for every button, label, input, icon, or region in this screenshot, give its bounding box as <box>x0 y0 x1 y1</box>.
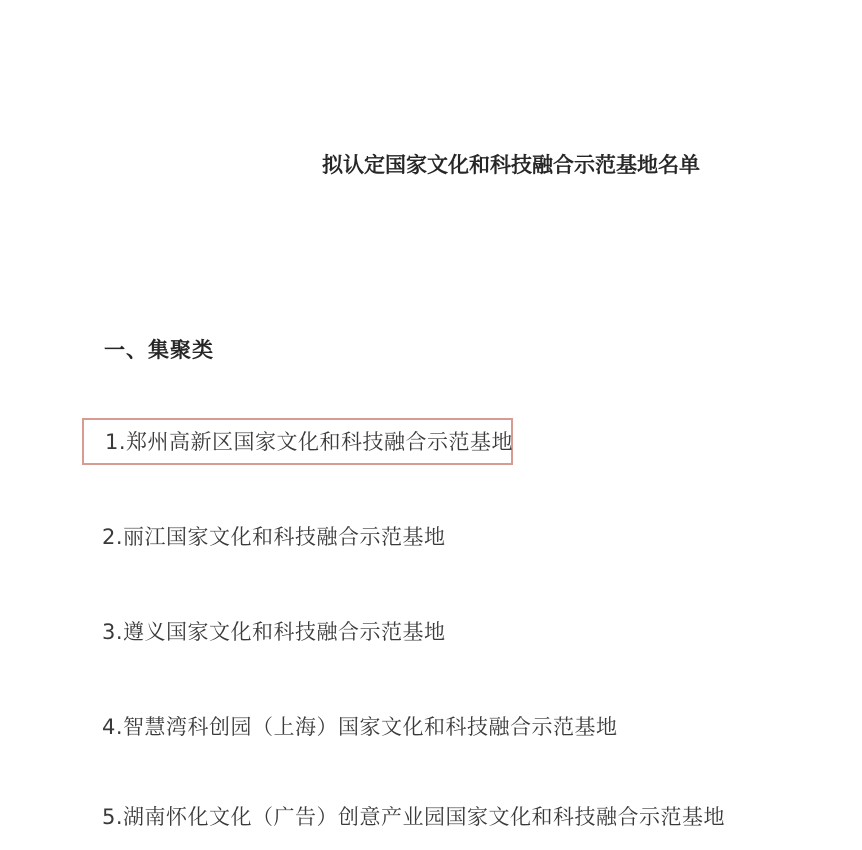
list-item-1: 1.郑州高新区国家文化和科技融合示范基地 <box>105 429 513 455</box>
highlight-box: 1.郑州高新区国家文化和科技融合示范基地 <box>82 418 513 465</box>
list-item-3: 3.遵义国家文化和科技融合示范基地 <box>102 619 446 645</box>
section-heading: 一、集聚类 <box>104 337 214 363</box>
list-item-4: 4.智慧湾科创园（上海）国家文化和科技融合示范基地 <box>102 714 618 740</box>
list-item-5: 5.湖南怀化文化（广告）创意产业园国家文化和科技融合示范基地 <box>102 804 725 830</box>
list-item-2: 2.丽江国家文化和科技融合示范基地 <box>102 524 446 550</box>
document-title: 拟认定国家文化和科技融合示范基地名单 <box>322 152 700 178</box>
